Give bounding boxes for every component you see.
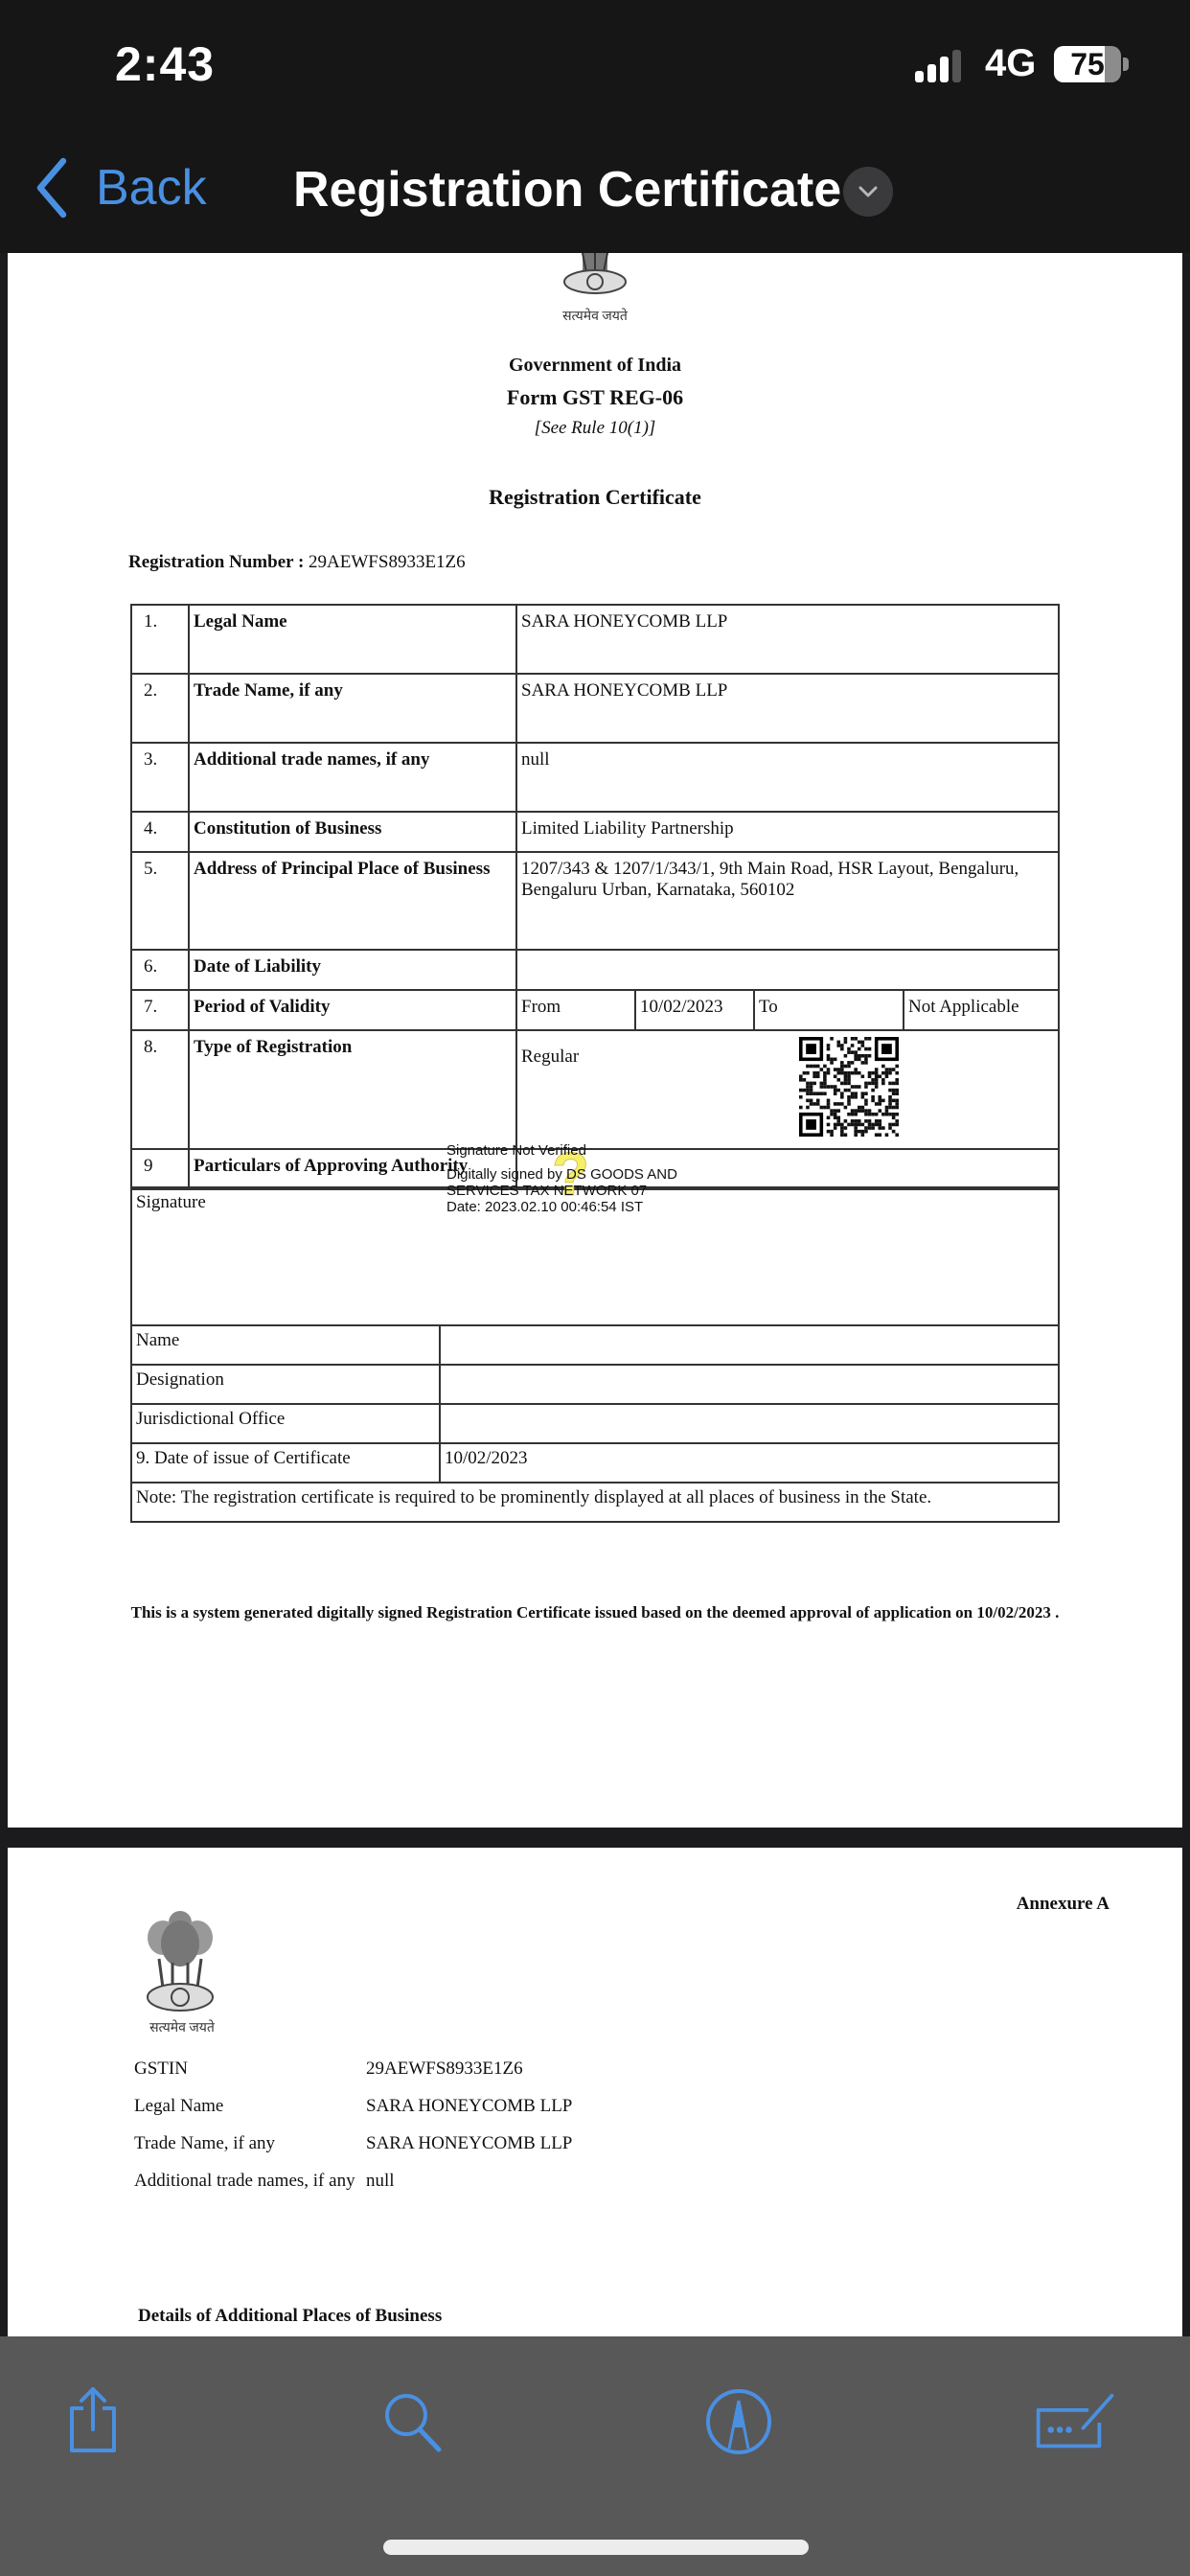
- validity-to-date: Not Applicable: [904, 990, 1059, 1030]
- share-button[interactable]: [50, 2379, 136, 2465]
- table-row-registration-type: 8.Type of RegistrationRegular: [131, 1030, 1059, 1149]
- signal-icon: [915, 50, 963, 82]
- annexure-label: Legal Name: [134, 2096, 366, 2116]
- table-row: 5.Address of Principal Place of Business…: [131, 852, 1059, 950]
- battery-nub: [1123, 57, 1129, 71]
- annexure-details: GSTIN29AEWFS8933E1Z6Legal NameSARA HONEY…: [134, 2058, 572, 2208]
- row-value: null: [516, 743, 1059, 812]
- row-number: 1.: [131, 605, 189, 674]
- signature-stamp[interactable]: Signature Not Verified Digitally signed …: [446, 1142, 677, 1215]
- search-button[interactable]: [370, 2379, 456, 2465]
- back-label: Back: [96, 159, 207, 217]
- validity-from-date: 10/02/2023: [635, 990, 754, 1030]
- row-label: Additional trade names, if any: [189, 743, 516, 812]
- signature-date: Date: 2023.02.10 00:46:54 IST: [446, 1199, 677, 1215]
- approval-table: Signature Name Designation Jurisdictiona…: [130, 1186, 1060, 1523]
- designation-label: Designation: [131, 1365, 440, 1404]
- battery-icon: 75: [1054, 46, 1121, 82]
- markup-icon: [704, 2387, 773, 2456]
- annexure-label: Trade Name, if any: [134, 2133, 366, 2153]
- annexure-value: 29AEWFS8933E1Z6: [366, 2058, 523, 2079]
- row-value: [516, 950, 1059, 990]
- system-generated-note: This is a system generated digitally sig…: [8, 1603, 1182, 1622]
- row-label: Period of Validity: [189, 990, 516, 1030]
- annexure-row: Trade Name, if anySARA HONEYCOMB LLP: [134, 2133, 572, 2153]
- home-indicator[interactable]: [383, 2540, 809, 2555]
- validity-from-label: From: [516, 990, 635, 1030]
- signature-label: Signature: [136, 1192, 206, 1212]
- pdf-page-2: सत्यमेव जयते Annexure A GSTIN29AEWFS8933…: [8, 1848, 1182, 2336]
- validity-to-label: To: [754, 990, 904, 1030]
- signature-signer: Digitally signed by DS GOODS AND: [446, 1166, 677, 1183]
- table-row: 6.Date of Liability: [131, 950, 1059, 990]
- issue-date-label: 9. Date of issue of Certificate: [131, 1443, 440, 1483]
- row-value: 1207/343 & 1207/1/343/1, 9th Main Road, …: [516, 852, 1059, 950]
- bottom-toolbar: [0, 2336, 1190, 2576]
- annexure-value: SARA HONEYCOMB LLP: [366, 2133, 572, 2153]
- title-menu-button[interactable]: [843, 167, 893, 217]
- chevron-down-icon: [857, 184, 880, 199]
- annexure-value: null: [366, 2171, 395, 2191]
- issue-date-value: 10/02/2023: [440, 1443, 1059, 1483]
- emblem-icon: [144, 1909, 217, 2014]
- annexure-value: SARA HONEYCOMB LLP: [366, 2096, 572, 2116]
- additional-places-heading: Details of Additional Places of Business: [138, 2306, 442, 2327]
- row-number: 2.: [131, 674, 189, 743]
- row-value: Regular: [516, 1030, 1059, 1149]
- row-value: SARA HONEYCOMB LLP: [516, 674, 1059, 743]
- pdf-page-1: सत्यमेव जयते Government of India Form GS…: [8, 253, 1182, 1828]
- chevron-left-icon: [33, 157, 71, 218]
- signature-signer-org: SERVICES TAX NETWORK 07: [446, 1183, 677, 1199]
- signature-status: Signature Not Verified: [446, 1142, 677, 1159]
- certificate-title: Registration Certificate: [8, 485, 1182, 510]
- row-number: 6.: [131, 950, 189, 990]
- annexure-row: Legal NameSARA HONEYCOMB LLP: [134, 2096, 572, 2116]
- table-row: 2.Trade Name, if anySARA HONEYCOMB LLP: [131, 674, 1059, 743]
- annexure-heading: Annexure A: [1017, 1894, 1110, 1915]
- registration-number: Registration Number : 29AEWFS8933E1Z6: [128, 552, 466, 573]
- row-number: 9: [131, 1149, 189, 1189]
- government-heading: Government of India: [8, 355, 1182, 377]
- designation-value: [440, 1365, 1059, 1404]
- row-label: Constitution of Business: [189, 812, 516, 852]
- network-type: 4G: [985, 42, 1036, 85]
- table-row: 3.Additional trade names, if anynull: [131, 743, 1059, 812]
- row-label: Type of Registration: [189, 1030, 516, 1149]
- qr-code: [799, 1037, 899, 1137]
- form-heading: Form GST REG-06: [8, 385, 1182, 410]
- row-number: 7.: [131, 990, 189, 1030]
- annexure-row: Additional trade names, if anynull: [134, 2171, 572, 2191]
- back-button[interactable]: Back: [33, 157, 207, 218]
- document-viewport[interactable]: सत्यमेव जयते Government of India Form GS…: [0, 253, 1190, 2336]
- office-value: [440, 1404, 1059, 1443]
- row-value: Limited Liability Partnership: [516, 812, 1059, 852]
- markup-button[interactable]: [696, 2379, 782, 2465]
- row-number: 4.: [131, 812, 189, 852]
- document-title[interactable]: Registration Certificate: [293, 161, 841, 218]
- row-label: Address of Principal Place of Business: [189, 852, 516, 950]
- display-note: Note: The registration certificate is re…: [131, 1483, 1059, 1522]
- row-number: 5.: [131, 852, 189, 950]
- row-number: 8.: [131, 1030, 189, 1149]
- row-label: Legal Name: [189, 605, 516, 674]
- nav-bar: Back Registration Certificate: [0, 134, 1190, 253]
- table-row: 4.Constitution of BusinessLimited Liabil…: [131, 812, 1059, 852]
- emblem-icon: [561, 253, 629, 297]
- fill-sign-icon: [1033, 2388, 1119, 2455]
- table-row: 1.Legal NameSARA HONEYCOMB LLP: [131, 605, 1059, 674]
- certificate-table: 1.Legal NameSARA HONEYCOMB LLP2.Trade Na…: [130, 604, 1060, 1190]
- row-number: 3.: [131, 743, 189, 812]
- annexure-label: GSTIN: [134, 2058, 366, 2079]
- emblem-motto: सत्यमेव जयते: [142, 2018, 222, 2036]
- annexure-row: GSTIN29AEWFS8933E1Z6: [134, 2058, 572, 2079]
- status-bar: 2:43 4G 75: [0, 0, 1190, 134]
- registration-number-value: 29AEWFS8933E1Z6: [309, 552, 466, 572]
- rule-reference: [See Rule 10(1)]: [8, 418, 1182, 439]
- fill-sign-button[interactable]: [1033, 2379, 1119, 2465]
- annexure-label: Additional trade names, if any: [134, 2171, 366, 2191]
- table-row-validity: 7.Period of ValidityFrom10/02/2023ToNot …: [131, 990, 1059, 1030]
- row-label: Date of Liability: [189, 950, 516, 990]
- row-label: Trade Name, if any: [189, 674, 516, 743]
- row-value: SARA HONEYCOMB LLP: [516, 605, 1059, 674]
- name-label: Name: [131, 1325, 440, 1365]
- status-time: 2:43: [115, 36, 215, 92]
- battery-percent: 75: [1054, 46, 1121, 82]
- share-icon: [64, 2383, 122, 2460]
- registration-number-label: Registration Number :: [128, 552, 304, 572]
- name-value: [440, 1325, 1059, 1365]
- emblem-motto: सत्यमेव जयते: [556, 307, 634, 325]
- office-label: Jurisdictional Office: [131, 1404, 440, 1443]
- search-icon: [379, 2388, 446, 2455]
